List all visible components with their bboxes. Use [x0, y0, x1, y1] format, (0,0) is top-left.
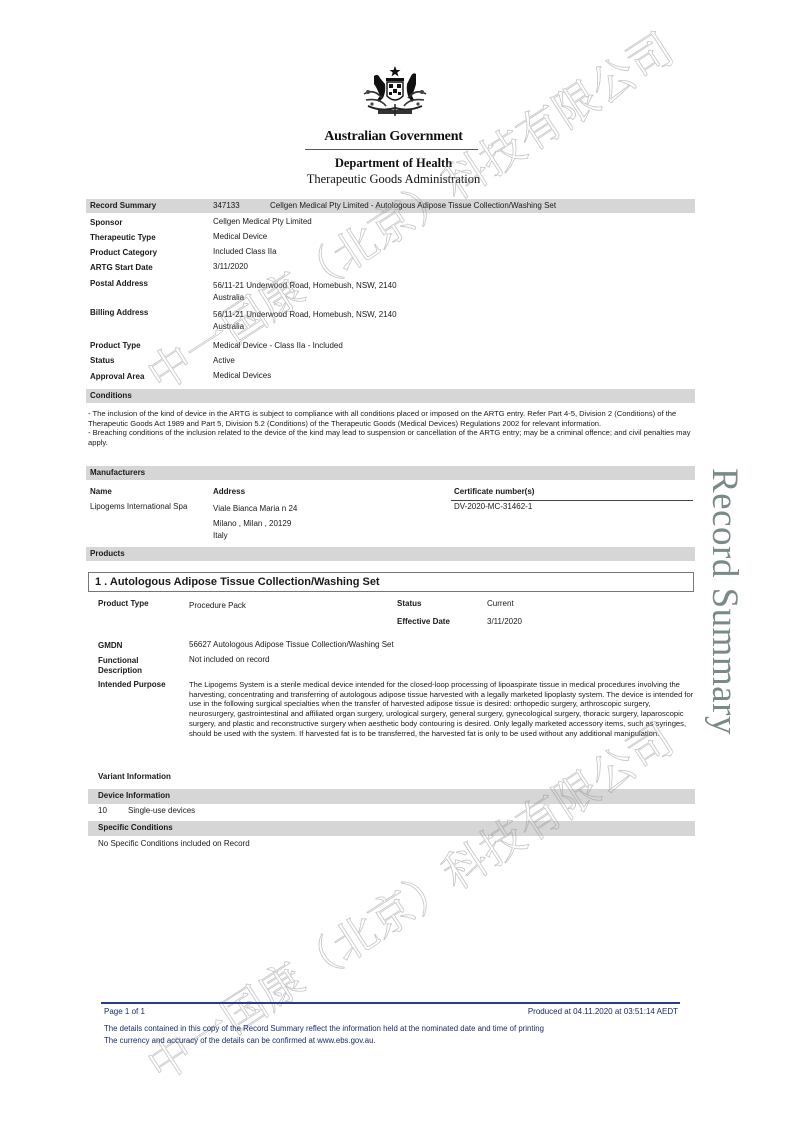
sponsor-label: Sponsor	[90, 218, 122, 227]
artg-start-date-label: ARTG Start Date	[90, 263, 153, 272]
certificate-number: DV-2020-MC-31462-1	[454, 501, 532, 513]
gmdn-value: 56627 Autologous Adipose Tissue Collecti…	[189, 640, 394, 650]
approval-area-value: Medical Devices	[213, 370, 271, 381]
manufacturer-address: Viale Bianca Maria n 24 Milano , Milan ,…	[213, 503, 297, 542]
products-bar: Products	[86, 547, 695, 561]
footer-note-2: The currency and accuracy of the details…	[104, 1036, 376, 1045]
product-title: 1 . Autologous Adipose Tissue Collection…	[95, 576, 380, 588]
product-type-label: Product Type	[90, 341, 141, 350]
postal-address-line2: Australia	[213, 292, 244, 303]
postal-address-line1: 56/11-21 Underwood Road, Homebush, NSW, …	[213, 280, 397, 291]
billing-address-line2: Australia	[213, 321, 244, 332]
approval-area-label: Approval Area	[90, 372, 144, 381]
product-category-label: Product Category	[90, 248, 157, 257]
specific-conditions-heading: Specific Conditions	[98, 823, 173, 832]
manufacturer-name-header: Name	[90, 487, 112, 496]
side-title: Record Summary	[703, 468, 746, 735]
device-information-heading: Device Information	[98, 791, 170, 800]
artg-id: 347133	[213, 201, 240, 210]
conditions-bar: Conditions	[86, 389, 695, 403]
specific-conditions-value: No Specific Conditions included on Recor…	[98, 839, 250, 849]
effective-date-value: 3/11/2020	[487, 617, 522, 627]
billing-address-label: Billing Address	[90, 308, 148, 317]
header-divider	[305, 149, 478, 150]
intended-purpose-value: The Lipogems System is a sterile medical…	[189, 680, 694, 738]
intended-purpose-label: Intended Purpose	[98, 680, 166, 690]
produced-timestamp: Produced at 04.11.2020 at 03:51:14 AEDT	[528, 1007, 678, 1016]
therapeutic-type-value: Medical Device	[213, 231, 267, 242]
device-desc: Single-use devices	[128, 806, 195, 816]
manufacturers-bar: Manufacturers	[86, 466, 695, 480]
agency-title: Therapeutic Goods Administration	[0, 172, 787, 187]
manufacturer-address-line2: Milano , Milan , 20129	[213, 518, 297, 530]
certificate-header: Certificate number(s)	[454, 487, 534, 496]
footer-note-1: The details contained in this copy of th…	[104, 1024, 544, 1033]
postal-address-label: Postal Address	[90, 279, 148, 288]
page-number: Page 1 of 1	[104, 1007, 145, 1016]
conditions-text: - The inclusion of the kind of device in…	[88, 409, 693, 447]
product-type-value: Medical Device - Class IIa - Included	[213, 340, 343, 351]
manufacturers-heading: Manufacturers	[90, 468, 145, 477]
product-status-label: Status	[397, 599, 421, 609]
product-type-label-2: Product Type	[98, 599, 149, 609]
product-category-value: Included Class IIa	[213, 246, 277, 257]
department-title: Department of Health	[0, 156, 787, 171]
billing-address-line1: 56/11-21 Underwood Road, Homebush, NSW, …	[213, 309, 397, 320]
products-heading: Products	[90, 549, 125, 558]
manufacturer-address-line1: Viale Bianca Maria n 24	[213, 503, 297, 515]
device-information-bar: Device Information	[88, 789, 695, 804]
functional-description-value: Not included on record	[189, 655, 270, 665]
manufacturer-address-header: Address	[213, 487, 245, 496]
sponsor-value: Cellgen Medical Pty Limited	[213, 216, 312, 227]
artg-start-date-value: 3/11/2020	[213, 261, 248, 272]
product-type-value-2: Procedure Pack	[189, 601, 246, 611]
coat-of-arms-icon	[356, 64, 434, 122]
footer-divider	[101, 1002, 680, 1004]
variant-information-label: Variant Information	[98, 772, 171, 782]
government-title: Australian Government	[0, 129, 787, 145]
functional-description-label: Functional Description	[98, 656, 142, 676]
effective-date-label: Effective Date	[397, 617, 450, 627]
product-title-box: 1 . Autologous Adipose Tissue Collection…	[88, 572, 694, 592]
conditions-heading: Conditions	[90, 391, 132, 400]
manufacturer-address-line3: Italy	[213, 530, 297, 542]
record-summary-label: Record Summary	[90, 201, 156, 210]
device-qty: 10	[98, 806, 107, 816]
condition-2: - Breaching conditions of the inclusion …	[88, 428, 693, 447]
therapeutic-type-label: Therapeutic Type	[90, 233, 156, 242]
status-label: Status	[90, 356, 114, 365]
condition-1: - The inclusion of the kind of device in…	[88, 409, 693, 428]
record-title: Cellgen Medical Pty Limited - Autologous…	[270, 201, 556, 210]
manufacturer-name: Lipogems International Spa	[90, 501, 187, 513]
specific-conditions-bar: Specific Conditions	[88, 821, 695, 836]
product-status-value: Current	[487, 599, 514, 609]
record-summary-bar: Record Summary 347133 Cellgen Medical Pt…	[86, 199, 695, 213]
gmdn-label: GMDN	[98, 641, 122, 651]
status-value: Active	[213, 355, 235, 366]
